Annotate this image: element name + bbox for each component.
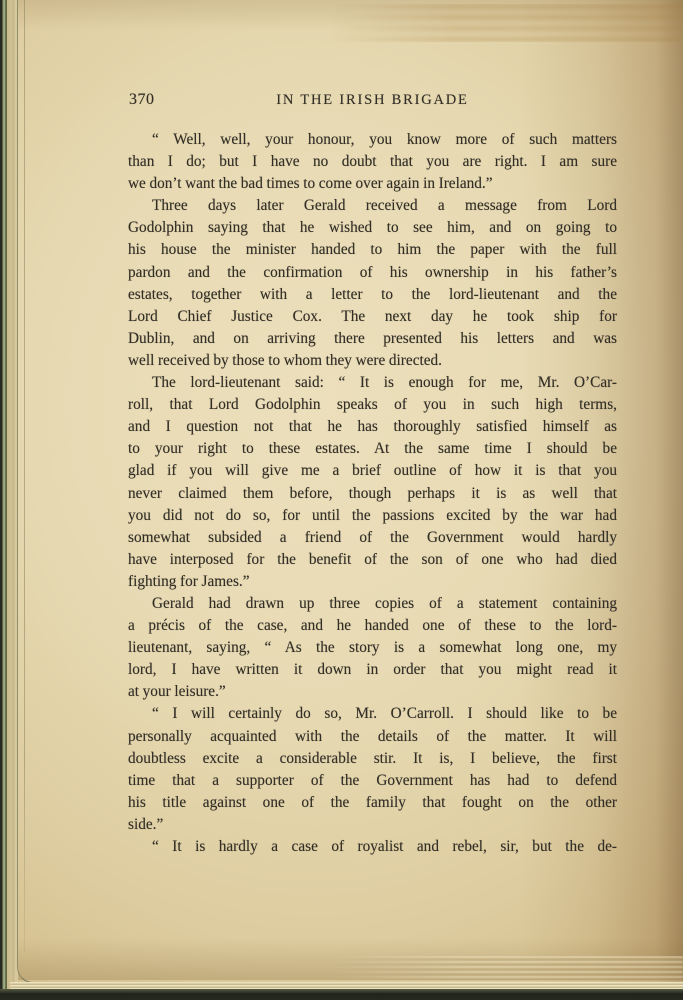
text-line: “ Well, well, your honour, you know more… xyxy=(128,129,617,151)
text-line: Lord Chief Justice Cox. The next day he … xyxy=(128,306,617,328)
paragraph: “ It is hardly a case of royalist and re… xyxy=(128,836,617,858)
text-line: Gerald had drawn up three copies of a st… xyxy=(128,593,617,615)
text-line: glad if you will give me a brief outline… xyxy=(128,460,617,482)
text-line: “ I will certainly do so, Mr. O’Carroll.… xyxy=(128,703,617,725)
text-line: his house the minister handed to him the… xyxy=(128,239,617,261)
text-line: doubtless excite a considerable stir. It… xyxy=(128,748,617,770)
text-line: fighting for James.” xyxy=(128,571,617,593)
text-line: than I do; but I have no doubt that you … xyxy=(128,151,617,173)
text-line: lieutenant, saying, “ As the story is a … xyxy=(128,637,617,659)
text-line: well received by those to whom they were… xyxy=(128,350,617,372)
text-line: to your right to these estates. At the s… xyxy=(128,438,617,460)
text-line: pardon and the confirmation of his owner… xyxy=(128,262,617,284)
paragraph: Three days later Gerald received a messa… xyxy=(128,195,617,372)
text-line: at your leisure.” xyxy=(128,681,617,703)
text-line: time that a supporter of the Government … xyxy=(128,770,617,792)
page-body: “ Well, well, your honour, you know more… xyxy=(128,129,617,858)
paragraph: “ Well, well, your honour, you know more… xyxy=(128,129,617,195)
book-page-scan: 370 IN THE IRISH BRIGADE “ Well, well, y… xyxy=(0,0,683,1000)
text-line: never claimed them before, though perhap… xyxy=(128,483,617,505)
paragraph: “ I will certainly do so, Mr. O’Carroll.… xyxy=(128,703,617,836)
text-line: estates, together with a letter to the l… xyxy=(128,284,617,306)
text-line: Godolphin saying that he wished to see h… xyxy=(128,217,617,239)
stacked-page-edges xyxy=(330,956,683,982)
text-line: lord, I have written it down in order th… xyxy=(128,659,617,681)
text-line: Dublin, and on arriving there presented … xyxy=(128,328,617,350)
text-line: and I question not that he has thoroughl… xyxy=(128,416,617,438)
page-header: 370 IN THE IRISH BRIGADE xyxy=(128,91,617,111)
paragraph: Gerald had drawn up three copies of a st… xyxy=(128,593,617,703)
text-line: a précis of the case, and he handed one … xyxy=(128,615,617,637)
text-line: you did not do so, for until the passion… xyxy=(128,505,617,527)
book-bottom-cover-band xyxy=(0,989,683,1000)
page-crease-line xyxy=(24,0,25,952)
text-line: have interposed for the benefit of the s… xyxy=(128,549,617,571)
text-line: Three days later Gerald received a messa… xyxy=(128,195,617,217)
text-line: The lord-lieutenant said: “ It is enough… xyxy=(128,372,617,394)
previous-page-streaks xyxy=(330,4,683,42)
text-line: side.” xyxy=(128,814,617,836)
text-line: “ It is hardly a case of royalist and re… xyxy=(128,836,617,858)
text-line: somewhat subsided a friend of the Govern… xyxy=(128,527,617,549)
text-line: his title against one of the family that… xyxy=(128,792,617,814)
text-line: personally acquainted with the details o… xyxy=(128,726,617,748)
book-binding-edge xyxy=(0,0,18,992)
running-title: IN THE IRISH BRIGADE xyxy=(128,92,617,109)
text-line: roll, that Lord Godolphin speaks of you … xyxy=(128,394,617,416)
text-line: we don’t want the bad times to come over… xyxy=(128,173,617,195)
paragraph: The lord-lieutenant said: “ It is enough… xyxy=(128,372,617,593)
